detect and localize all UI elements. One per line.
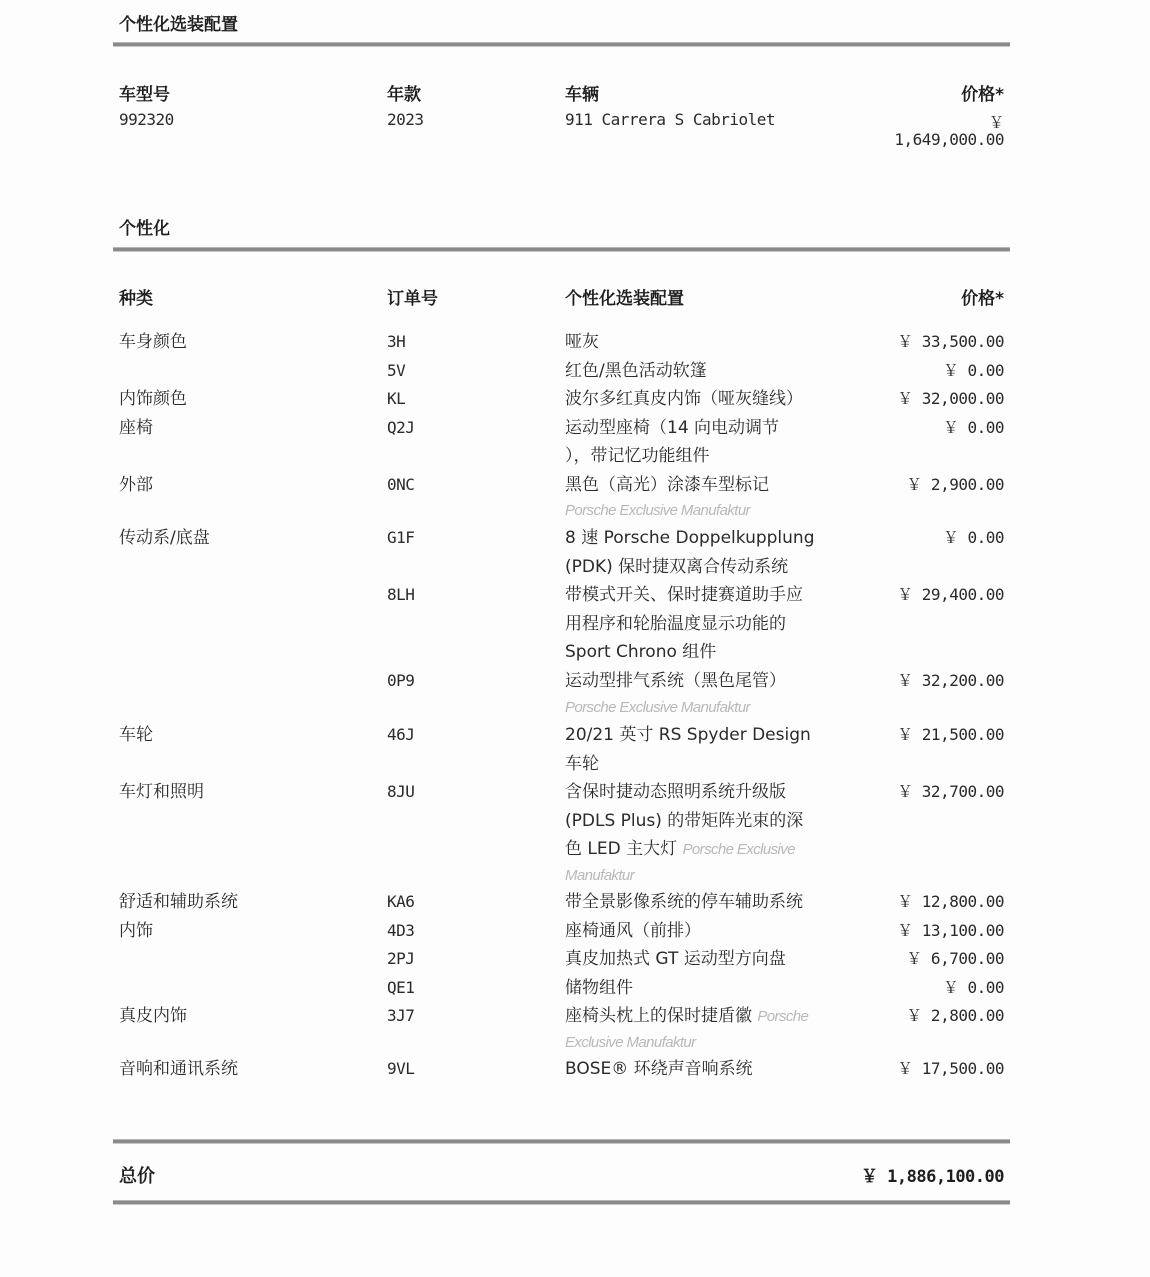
header-order-code: 订单号: [387, 284, 557, 309]
option-price: ￥ 17,500.00: [854, 1055, 1004, 1084]
option-code: G1F: [387, 524, 557, 553]
option-description: 运动型排气系统（黑色尾管） Porsche Exclusive Manufakt…: [565, 667, 860, 720]
option-category: [119, 974, 379, 1003]
option-code: KL: [387, 385, 557, 414]
option-code: 0P9: [387, 667, 557, 696]
option-description: BOSE® 环绕声音响系统: [565, 1055, 860, 1084]
option-category: 内饰颜色: [119, 385, 379, 414]
option-category: 传动系/底盘: [119, 524, 379, 553]
model-year-value: 2023: [387, 110, 557, 129]
option-price: ￥ 12,800.00: [854, 888, 1004, 917]
option-category: [119, 667, 379, 696]
option-description: 运动型座椅（14 向电动调节 ），带记忆功能组件: [565, 414, 860, 471]
option-code: 5V: [387, 357, 557, 386]
model-code-value: 992320: [119, 110, 379, 129]
option-category: 舒适和辅助系统: [119, 888, 379, 917]
exclusive-manufaktur-tag: Porsche Exclusive Manufaktur: [565, 499, 860, 523]
option-description: 黑色（高光）涂漆车型标记 Porsche Exclusive Manufaktu…: [565, 471, 860, 524]
option-category: 外部: [119, 471, 379, 500]
option-code: 0NC: [387, 471, 557, 500]
vehicle-value: 911 Carrera S Cabriolet: [565, 110, 860, 129]
vehicle-price: ￥ 1,649,000.00: [854, 110, 1004, 149]
option-description: 哑灰: [565, 328, 860, 357]
header-option: 个性化选装配置: [565, 284, 860, 309]
option-category: 车身颜色: [119, 328, 379, 357]
personalization-title: 个性化: [119, 217, 170, 241]
option-price: ￥ 6,700.00: [854, 945, 1004, 974]
option-description: 波尔多红真皮内饰（哑灰缝线）: [565, 385, 860, 414]
option-price: ￥ 13,100.00: [854, 917, 1004, 946]
option-price: ￥ 32,000.00: [854, 385, 1004, 414]
option-category: 音响和通讯系统: [119, 1055, 379, 1084]
option-price: ￥ 2,900.00: [854, 471, 1004, 500]
exclusive-manufaktur-tag-continued: Exclusive Manufaktur: [565, 1031, 860, 1055]
option-code: 9VL: [387, 1055, 557, 1084]
option-price: ￥ 33,500.00: [854, 328, 1004, 357]
total-bottom-divider: [113, 1200, 1010, 1205]
header-model-code: 车型号: [119, 80, 379, 105]
document-title: 个性化选装配置: [119, 13, 238, 37]
options-header-row: 种类 订单号 个性化选装配置 价格*: [113, 284, 1010, 310]
exclusive-manufaktur-tag-continued: Manufaktur: [565, 864, 860, 888]
option-description: 红色/黑色活动软篷: [565, 357, 860, 386]
option-code: 3H: [387, 328, 557, 357]
price-amount: 1,649,000.00: [854, 130, 1004, 149]
option-code: 2PJ: [387, 945, 557, 974]
option-code: 46J: [387, 721, 557, 750]
option-description: 8 速 Porsche Doppelkupplung (PDK) 保时捷双离合传…: [565, 524, 860, 581]
vehicle-table: 车型号 年款 车辆 价格* 992320 2023 911 Carrera S …: [113, 80, 1010, 160]
exclusive-manufaktur-tag: Porsche Exclusive: [683, 841, 795, 858]
option-price: ￥ 0.00: [854, 357, 1004, 386]
option-description: 座椅头枕上的保时捷盾徽 Porsche Exclusive Manufaktur: [565, 1002, 860, 1055]
exclusive-manufaktur-tag: Porsche Exclusive Manufaktur: [565, 696, 860, 720]
option-description: 含保时捷动态照明系统升级版 (PDLS Plus) 的带矩阵光束的深 色 LED…: [565, 778, 860, 888]
option-code: QE1: [387, 974, 557, 1003]
option-description: 座椅通风（前排）: [565, 917, 860, 946]
option-category: [119, 581, 379, 610]
option-price: ￥ 32,200.00: [854, 667, 1004, 696]
option-price: ￥ 32,700.00: [854, 778, 1004, 807]
option-category: 真皮内饰: [119, 1002, 379, 1031]
header-model-year: 年款: [387, 80, 557, 105]
total-label: 总价: [119, 1162, 379, 1188]
option-code: 8LH: [387, 581, 557, 610]
option-category: [119, 945, 379, 974]
option-code: KA6: [387, 888, 557, 917]
option-code: Q2J: [387, 414, 557, 443]
option-price: ￥ 21,500.00: [854, 721, 1004, 750]
option-price: ￥ 0.00: [854, 414, 1004, 443]
option-category: 车轮: [119, 721, 379, 750]
title-divider: [113, 42, 1010, 47]
header-price: 价格*: [854, 284, 1004, 309]
option-price: ￥ 0.00: [854, 974, 1004, 1003]
option-description: 20/21 英寸 RS Spyder Design 车轮: [565, 721, 860, 778]
option-category: 车灯和照明: [119, 778, 379, 807]
exclusive-manufaktur-tag: Porsche: [757, 1008, 808, 1025]
header-category: 种类: [119, 284, 379, 309]
option-description: 带全景影像系统的停车辅助系统: [565, 888, 860, 917]
option-price: ￥ 0.00: [854, 524, 1004, 553]
option-description: 带模式开关、保时捷赛道助手应 用程序和轮胎温度显示功能的 Sport Chron…: [565, 581, 860, 667]
option-code: 3J7: [387, 1002, 557, 1031]
total-row: 总价 ￥ 1,886,100.00: [113, 1162, 1010, 1192]
option-description: 储物组件: [565, 974, 860, 1003]
option-code: 4D3: [387, 917, 557, 946]
option-category: 内饰: [119, 917, 379, 946]
option-code: 8JU: [387, 778, 557, 807]
header-vehicle: 车辆: [565, 80, 860, 105]
option-category: [119, 357, 379, 386]
header-price: 价格*: [854, 80, 1004, 105]
total-top-divider: [113, 1139, 1010, 1144]
option-price: ￥ 29,400.00: [854, 581, 1004, 610]
total-value: ￥ 1,886,100.00: [744, 1162, 1004, 1187]
personalization-divider: [113, 247, 1010, 252]
option-category: 座椅: [119, 414, 379, 443]
option-price: ￥ 2,800.00: [854, 1002, 1004, 1031]
price-symbol: ￥: [854, 110, 1004, 130]
option-description: 真皮加热式 GT 运动型方向盘: [565, 945, 860, 974]
